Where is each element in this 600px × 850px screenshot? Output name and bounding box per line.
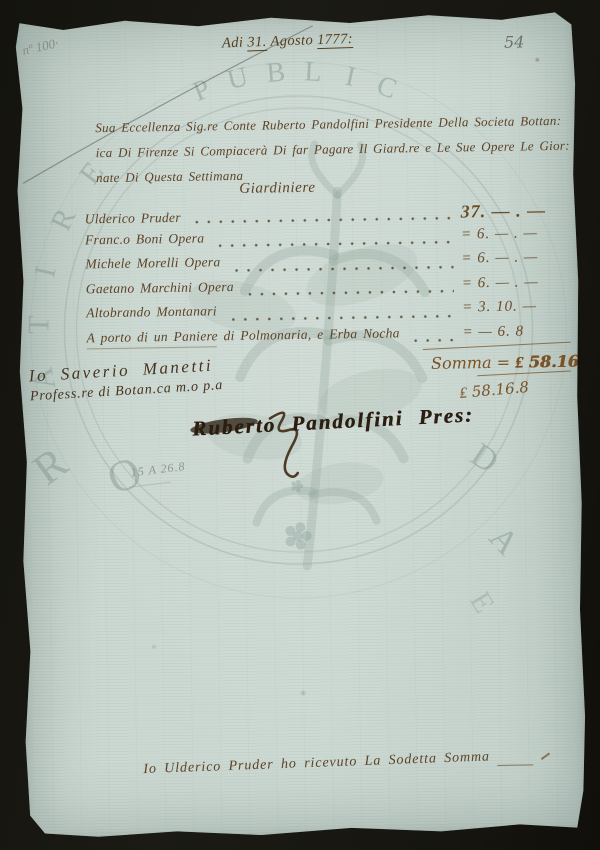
clerk-signature-block: Io Saverio Manetti Profess.re di Botan.c…	[28, 355, 223, 405]
amount: = 6. — . —	[461, 249, 553, 267]
stain	[534, 57, 540, 62]
gardener-name: Gaetano Marchini Opera	[86, 279, 234, 297]
watermark-letter: P	[189, 73, 215, 108]
watermark-letter: U	[224, 61, 251, 96]
amount: = — 6. 8	[462, 322, 554, 340]
watermark-letter: I	[343, 61, 359, 93]
receipt-tick	[541, 753, 550, 760]
wage-ledger: Ulderico Pruder 37. — . — Franc.o Boni O…	[85, 200, 555, 354]
corner-archival-note: nº 100·	[21, 35, 60, 59]
sum-line: Somma = ₤ 58.16.8.	[431, 351, 600, 374]
stain	[150, 644, 157, 649]
section-heading: Giardiniere	[239, 180, 316, 198]
amount: = 3. 10. —	[462, 298, 554, 316]
watermark-letter: C	[373, 70, 401, 106]
date-prefix: Adi	[222, 35, 244, 52]
watermark-letter: R	[44, 203, 82, 235]
watermark-letter: A	[482, 519, 526, 563]
gardener-name: Michele Morelli Opera	[85, 254, 220, 272]
seal-rosette	[285, 480, 312, 550]
gardener-name: Franc.o Boni Opera	[85, 230, 205, 248]
sum-value: ₤ 58.16.8.	[515, 351, 600, 371]
gardener-name: Altobrando Montanari	[86, 303, 217, 321]
date-year: 1777:	[317, 31, 353, 49]
date-line: Adi 31. Agosto 1777:	[222, 31, 354, 52]
watermark-letter: I	[28, 263, 62, 280]
date-day: 31.	[247, 34, 267, 52]
amount: = 6. — . —	[461, 225, 553, 243]
watermark-letter: T	[22, 315, 55, 334]
sum-label: Somma =	[431, 353, 510, 373]
dotted-leader	[227, 314, 454, 321]
date-month: Agosto	[270, 32, 313, 49]
amount: = 6. — . —	[462, 273, 554, 291]
sum-rewrite: ₤ 58.16.8	[459, 378, 530, 403]
watermark-letter: E	[463, 586, 501, 619]
watermark-letter: D	[464, 436, 505, 480]
watermark-letter: R	[24, 437, 77, 494]
receipt-line: Io Ulderico Pruder ho ricevuto La Sodett…	[143, 749, 490, 778]
dotted-leader	[410, 339, 455, 343]
dotted-leader	[191, 216, 453, 223]
receipt-dash	[497, 764, 533, 766]
amount: 37. — . —	[461, 200, 553, 222]
watermark-letter: L	[304, 56, 323, 88]
dotted-leader	[231, 265, 454, 272]
dotted-leader	[244, 290, 454, 296]
photo-of-manuscript: { "page": { "corner_note": "nº 100·", "d…	[0, 0, 600, 850]
faint-note: 15 A 26.8	[130, 459, 186, 480]
president-signature: Ruberto Pandolfini Pres:	[192, 402, 475, 441]
faint-note-underline	[129, 482, 171, 488]
watermark-letter: B	[265, 57, 286, 89]
stain	[299, 690, 307, 696]
body-paragraph: Sua Eccellenza Sig.re Conte Ruberto Pand…	[95, 108, 570, 190]
gardener-name: Ulderico Pruder	[85, 210, 181, 228]
manuscript-page: P U B L I C E R I T A R O D A E nº 100· …	[13, 10, 588, 841]
dotted-leader	[214, 241, 453, 248]
page-number: 54	[504, 32, 525, 51]
